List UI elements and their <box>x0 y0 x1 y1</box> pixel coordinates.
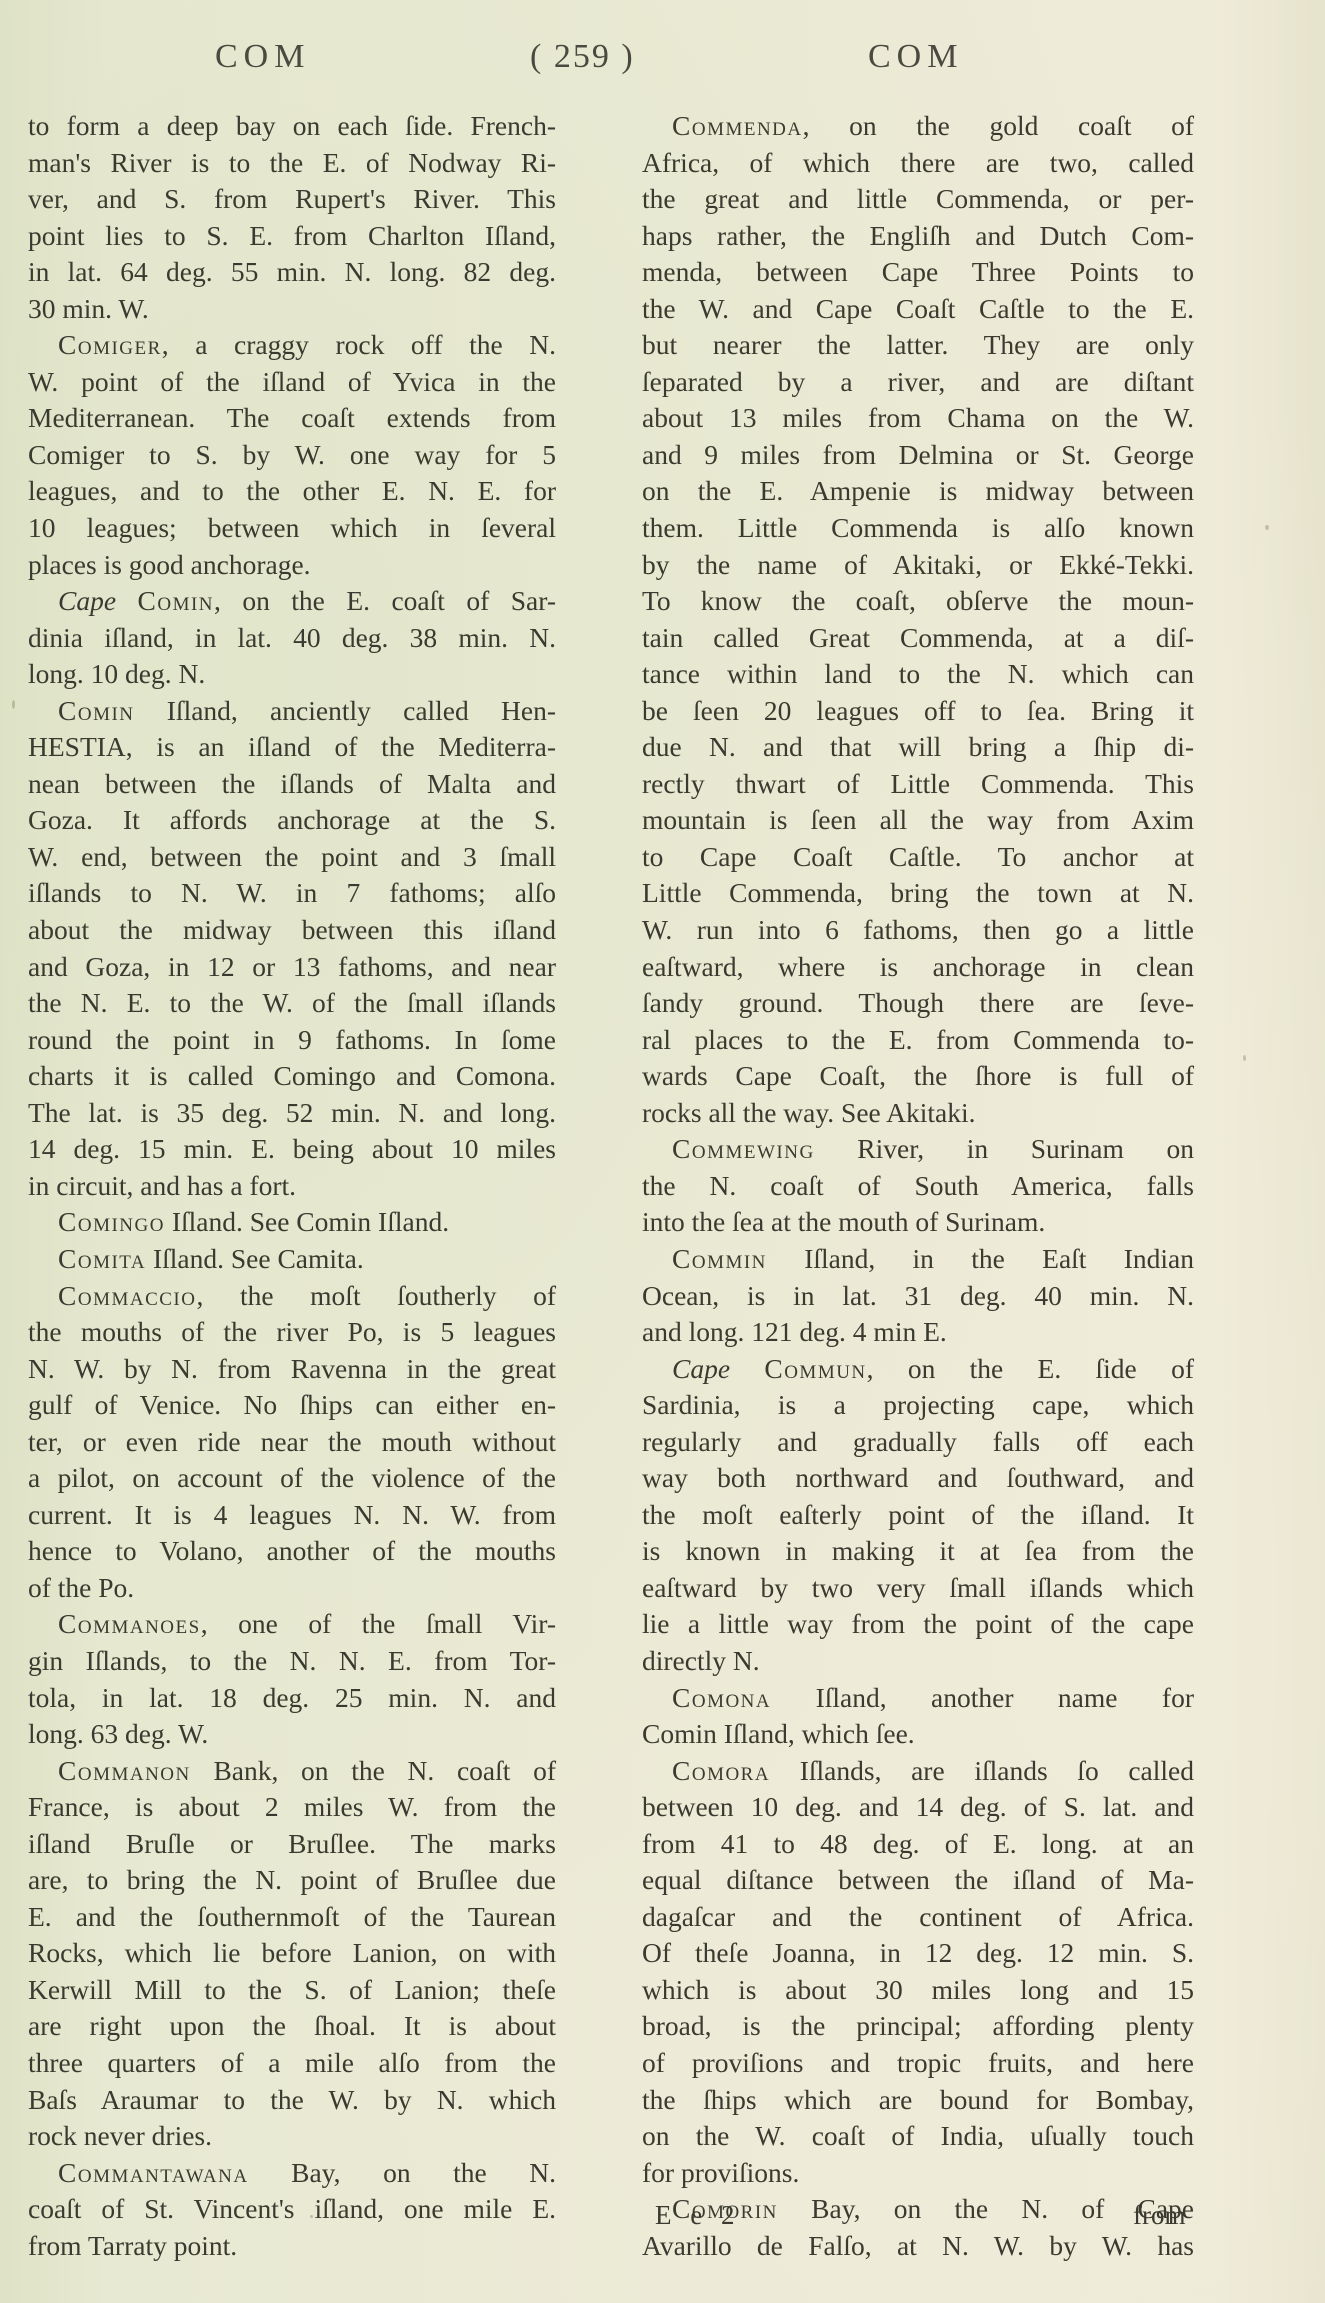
line-text: broad, is the principal; affording plent… <box>642 2010 1194 2041</box>
line-text: 10 leagues; between which in ſeveral <box>28 512 556 543</box>
line-text: lie a little way from the point of the c… <box>642 1608 1194 1639</box>
entry-headword: Comita <box>58 1243 146 1274</box>
line-text: , on the E. ſide of <box>867 1353 1194 1384</box>
line-text: Of theſe Joanna, in 12 deg. 12 min. S. <box>642 1937 1194 1968</box>
line-text: but nearer the latter. They are only <box>642 329 1194 360</box>
text-line: point lies to S. E. from Charlton Iſland… <box>28 218 556 255</box>
line-text: places is good anchorage. <box>28 549 311 580</box>
line-text: about the midway between this iſland <box>28 914 556 945</box>
text-line: W. end, between the point and 3 ſmall <box>28 839 556 876</box>
line-text: wards Cape Coaſt, the ſhore is full of <box>642 1060 1194 1091</box>
text-line: due N. and that will bring a ſhip di- <box>642 729 1194 766</box>
line-text: equal diſtance between the iſland of Ma- <box>642 1864 1194 1895</box>
text-line: ter, or even ride near the mouth without <box>28 1424 556 1461</box>
line-text: from 41 to 48 deg. of E. long. at an <box>642 1828 1194 1859</box>
text-line: between 10 deg. and 14 deg. of S. lat. a… <box>642 1789 1194 1826</box>
line-text: Iſland. See Comin Iſland. <box>165 1206 449 1237</box>
line-text: W. run into 6 fathoms, then go a little <box>642 914 1194 945</box>
text-line: man's River is to the E. of Nodway Ri- <box>28 145 556 182</box>
running-head-left: COM <box>215 38 310 76</box>
text-line: lie a little way from the point of the c… <box>642 1606 1194 1643</box>
entry-headword-line: Comin Iſland, anciently called Hen- <box>28 693 556 730</box>
line-text: rocks all the way. See Akitaki. <box>642 1097 975 1128</box>
line-text: , a craggy rock off the N. <box>162 329 556 360</box>
line-text: about 13 miles from Chama on the W. <box>642 402 1194 433</box>
text-line: Sardinia, is a projecting cape, which <box>642 1387 1194 1424</box>
book-page: COM ( 259 ) COM to form a deep bay on ea… <box>0 0 1325 2303</box>
text-line: the ſhips which are bound for Bombay, <box>642 2082 1194 2119</box>
entry-headword: Commun <box>764 1353 866 1384</box>
line-text: them. Little Commenda is alſo known <box>642 512 1194 543</box>
line-text: the W. and Cape Coaſt Caſtle to the E. <box>642 293 1194 324</box>
text-line: and long. 121 deg. 4 min E. <box>642 1314 1194 1351</box>
line-text: iſland Bruſle or Bruſlee. The marks <box>28 1828 556 1859</box>
line-text: directly N. <box>642 1645 760 1676</box>
line-text: and 9 miles from Delmina or St. George <box>642 439 1194 470</box>
text-line: broad, is the principal; affording plent… <box>642 2008 1194 2045</box>
page-footer: E e 2 from <box>0 2200 1325 2240</box>
text-line: W. point of the iſland of Yvica in the <box>28 364 556 401</box>
text-line: nean between the iſlands of Malta and <box>28 766 556 803</box>
line-text: hence to Volano, another of the mouths <box>28 1535 556 1566</box>
line-text: in lat. 64 deg. 55 min. N. long. 82 deg. <box>28 256 556 287</box>
text-line: iſlands to N. W. in 7 fathoms; alſo <box>28 875 556 912</box>
line-text: leagues, and to the other E. N. E. for <box>28 475 556 506</box>
line-text: rectly thwart of Little Commenda. This <box>642 768 1194 799</box>
italic-prefix: Cape <box>58 585 138 616</box>
text-line: Baſs Araumar to the W. by N. which <box>28 2082 556 2119</box>
line-text: Sardinia, is a projecting cape, which <box>642 1389 1194 1420</box>
text-line: 30 min. W. <box>28 291 556 328</box>
line-text: the great and little Commenda, or per- <box>642 183 1194 214</box>
entry-headword: Comora <box>672 1755 770 1786</box>
line-text: way both northward and ſouthward, and <box>642 1462 1194 1493</box>
line-text: Little Commenda, bring the town at N. <box>642 877 1194 908</box>
line-text: N. W. by N. from Ravenna in the great <box>28 1353 556 1384</box>
line-text: are, to bring the N. point of Bruſlee du… <box>28 1864 556 1895</box>
entry-headword: Comin <box>58 695 135 726</box>
entry-headword-line: Commin Iſland, in the Eaſt Indian <box>642 1241 1194 1278</box>
line-text: regularly and gradually falls off each <box>642 1426 1194 1457</box>
text-line: tain called Great Commenda, at a diſ- <box>642 620 1194 657</box>
line-text: Iſland, anciently called Hen- <box>135 695 556 726</box>
line-text: and long. 121 deg. 4 min E. <box>642 1316 947 1347</box>
text-line: the W. and Cape Coaſt Caſtle to the E. <box>642 291 1194 328</box>
line-text: Mediterranean. The coaſt extends from <box>28 402 556 433</box>
line-text: point lies to S. E. from Charlton Iſland… <box>28 220 556 251</box>
line-text: between 10 deg. and 14 deg. of S. lat. a… <box>642 1791 1194 1822</box>
text-line: regularly and gradually falls off each <box>642 1424 1194 1461</box>
text-line: and Goza, in 12 or 13 fathoms, and near <box>28 949 556 986</box>
text-line: ſandy ground. Though there are ſeve- <box>642 985 1194 1022</box>
text-line: three quarters of a mile alſo from the <box>28 2045 556 2082</box>
line-text: ſeparated by a river, and are diſtant <box>642 366 1194 397</box>
entry-headword: Comingo <box>58 1206 165 1237</box>
line-text: ſandy ground. Though there are ſeve- <box>642 987 1194 1018</box>
line-text: due N. and that will bring a ſhip di- <box>642 731 1194 762</box>
line-text: round the point in 9 fathoms. In ſome <box>28 1024 556 1055</box>
text-line: Mediterranean. The coaſt extends from <box>28 400 556 437</box>
line-text: The lat. is 35 deg. 52 min. N. and long. <box>28 1097 556 1128</box>
text-line: current. It is 4 leagues N. N. W. from <box>28 1497 556 1534</box>
text-line: the mouths of the river Po, is 5 leagues <box>28 1314 556 1351</box>
line-text: France, is about 2 miles W. from the <box>28 1791 556 1822</box>
text-line: the great and little Commenda, or per- <box>642 181 1194 218</box>
entry-headword: Commaccio <box>58 1280 196 1311</box>
line-text: the N. coaſt of South America, falls <box>642 1170 1194 1201</box>
line-text: tance within land to the N. which can <box>642 658 1194 689</box>
line-text: iſlands to N. W. in 7 fathoms; alſo <box>28 877 556 908</box>
text-line: are right upon the ſhoal. It is about <box>28 2008 556 2045</box>
text-line: Rocks, which lie before Lanion, on with <box>28 1935 556 1972</box>
line-text: Bay, on the N. <box>249 2157 556 2188</box>
line-text: ral places to the E. from Commenda to- <box>642 1024 1194 1055</box>
line-text: To know the coaſt, obſerve the moun- <box>642 585 1194 616</box>
text-line: dagaſcar and the continent of Africa. <box>642 1899 1194 1936</box>
line-text: current. It is 4 leagues N. N. W. from <box>28 1499 556 1530</box>
line-text: 14 deg. 15 min. E. being about 10 miles <box>28 1133 556 1164</box>
text-line: the moſt eaſterly point of the iſland. I… <box>642 1497 1194 1534</box>
text-line: Africa, of which there are two, called <box>642 145 1194 182</box>
text-line: rocks all the way. See Akitaki. <box>642 1095 1194 1132</box>
line-text: eaſtward by two very ſmall iſlands which <box>642 1572 1194 1603</box>
entry-headword-line: Commewing River, in Surinam on <box>642 1131 1194 1168</box>
text-line: which is about 30 miles long and 15 <box>642 1972 1194 2009</box>
line-text: charts it is called Comingo and Comona. <box>28 1060 556 1091</box>
entry-headword: Commanon <box>58 1755 191 1786</box>
entry-headword: Commin <box>672 1243 767 1274</box>
line-text: for proviſions. <box>642 2157 799 2188</box>
line-text: tain called Great Commenda, at a diſ- <box>642 622 1194 653</box>
line-text: Baſs Araumar to the W. by N. which <box>28 2084 556 2115</box>
line-text: a pilot, on account of the violence of t… <box>28 1462 556 1493</box>
text-line: France, is about 2 miles W. from the <box>28 1789 556 1826</box>
entry-headword-line: Commanoes, one of the ſmall Vir- <box>28 1606 556 1643</box>
line-text: W. point of the iſland of Yvica in the <box>28 366 556 397</box>
text-line: charts it is called Comingo and Comona. <box>28 1058 556 1095</box>
entry-headword-line: Cape Comin, on the E. coaſt of Sar- <box>28 583 556 620</box>
text-line: are, to bring the N. point of Bruſlee du… <box>28 1862 556 1899</box>
line-text: mountain is ſeen all the way from Axim <box>642 804 1194 835</box>
text-line: Comin Iſland, which ſee. <box>642 1716 1194 1753</box>
page-number: ( 259 ) <box>530 38 635 76</box>
entry-headword: Comin <box>138 585 215 616</box>
line-text: Goza. It affords anchorage at the S. <box>28 804 556 835</box>
line-text: ver, and S. from Rupert's River. This <box>28 183 556 214</box>
paper-speck <box>310 2215 313 2218</box>
line-text: to form a deep bay on each ſide. French- <box>28 110 556 141</box>
paper-speck <box>12 700 15 709</box>
line-text: and Goza, in 12 or 13 fathoms, and near <box>28 951 556 982</box>
line-text: to Cape Coaſt Caſtle. To anchor at <box>642 841 1194 872</box>
line-text: menda, between Cape Three Points to <box>642 256 1194 287</box>
line-text: man's River is to the E. of Nodway Ri- <box>28 147 556 178</box>
line-text: Bank, on the N. coaſt of <box>191 1755 556 1786</box>
line-text: long. 63 deg. W. <box>28 1718 208 1749</box>
text-line: gulf of Venice. No ſhips can either en- <box>28 1387 556 1424</box>
text-line: eaſtward, where is anchorage in clean <box>642 949 1194 986</box>
text-line: equal diſtance between the iſland of Ma- <box>642 1862 1194 1899</box>
text-line: menda, between Cape Three Points to <box>642 254 1194 291</box>
right-column: Commenda, on the gold coaſt ofAfrica, of… <box>642 108 1194 2264</box>
text-line: To know the coaſt, obſerve the moun- <box>642 583 1194 620</box>
text-line: places is good anchorage. <box>28 547 556 584</box>
text-line: is known in making it at ſea from the <box>642 1533 1194 1570</box>
line-text: into the ſea at the mouth of Surinam. <box>642 1206 1045 1237</box>
line-text: long. 10 deg. N. <box>28 658 205 689</box>
line-text: gin Iſlands, to the N. N. E. from Tor- <box>28 1645 556 1676</box>
entry-headword-line: Commenda, on the gold coaſt of <box>642 108 1194 145</box>
entry-headword: Commanoes <box>58 1608 201 1639</box>
text-line: about the midway between this iſland <box>28 912 556 949</box>
text-line: HESTIA, is an iſland of the Mediterra- <box>28 729 556 766</box>
text-line: for proviſions. <box>642 2155 1194 2192</box>
line-text: on the E. Ampenie is midway between <box>642 475 1194 506</box>
line-text: River, in Surinam on <box>815 1133 1194 1164</box>
line-text: nean between the iſlands of Malta and <box>28 768 556 799</box>
text-line: round the point in 9 fathoms. In ſome <box>28 1022 556 1059</box>
text-line: way both northward and ſouthward, and <box>642 1460 1194 1497</box>
line-text: tola, in lat. 18 deg. 25 min. N. and <box>28 1682 556 1713</box>
text-line: 14 deg. 15 min. E. being about 10 miles <box>28 1131 556 1168</box>
line-text: the ſhips which are bound for Bombay, <box>642 2084 1194 2115</box>
text-line: but nearer the latter. They are only <box>642 327 1194 364</box>
entry-headword-line: Comora Iſlands, are iſlands ſo called <box>642 1753 1194 1790</box>
left-column: to form a deep bay on each ſide. French-… <box>28 108 556 2264</box>
line-text: , the moſt ſoutherly of <box>196 1280 556 1311</box>
text-line: a pilot, on account of the violence of t… <box>28 1460 556 1497</box>
line-text: 30 min. W. <box>28 293 149 324</box>
entry-headword-line: Commanon Bank, on the N. coaſt of <box>28 1753 556 1790</box>
text-line: Comiger to S. by W. one way for 5 <box>28 437 556 474</box>
text-line: long. 63 deg. W. <box>28 1716 556 1753</box>
line-text: Iſlands, are iſlands ſo called <box>770 1755 1194 1786</box>
line-text: the moſt eaſterly point of the iſland. I… <box>642 1499 1194 1530</box>
signature-mark: E e 2 <box>655 2200 740 2231</box>
line-text: which is about 30 miles long and 15 <box>642 1974 1194 2005</box>
entry-headword: Commewing <box>672 1133 815 1164</box>
text-line: leagues, and to the other E. N. E. for <box>28 473 556 510</box>
text-line: The lat. is 35 deg. 52 min. N. and long. <box>28 1095 556 1132</box>
line-text: Comin Iſland, which ſee. <box>642 1718 915 1749</box>
line-text: Africa, of which there are two, called <box>642 147 1194 178</box>
text-line: by the name of Akitaki, or Ekké-Tekki. <box>642 547 1194 584</box>
text-line: from 41 to 48 deg. of E. long. at an <box>642 1826 1194 1863</box>
line-text: dagaſcar and the continent of Africa. <box>642 1901 1194 1932</box>
text-line: N. W. by N. from Ravenna in the great <box>28 1351 556 1388</box>
entry-headword: Comiger <box>58 329 162 360</box>
line-text: haps rather, the Engliſh and Dutch Com- <box>642 220 1194 251</box>
paper-speck <box>1265 525 1269 530</box>
text-line: of the Po. <box>28 1570 556 1607</box>
text-line: long. 10 deg. N. <box>28 656 556 693</box>
text-line: in circuit, and has a fort. <box>28 1168 556 1205</box>
text-line: in lat. 64 deg. 55 min. N. long. 82 deg. <box>28 254 556 291</box>
text-line: of proviſions and tropic fruits, and her… <box>642 2045 1194 2082</box>
text-line: ſeparated by a river, and are diſtant <box>642 364 1194 401</box>
entry-headword-line: Comiger, a craggy rock off the N. <box>28 327 556 364</box>
text-line: about 13 miles from Chama on the W. <box>642 400 1194 437</box>
text-line: eaſtward by two very ſmall iſlands which <box>642 1570 1194 1607</box>
text-line: Little Commenda, bring the town at N. <box>642 875 1194 912</box>
line-text: Rocks, which lie before Lanion, on with <box>28 1937 556 1968</box>
text-line: W. run into 6 fathoms, then go a little <box>642 912 1194 949</box>
line-text: eaſtward, where is anchorage in clean <box>642 951 1194 982</box>
line-text: , on the gold coaſt of <box>803 110 1194 141</box>
line-text: HESTIA, is an iſland of the Mediterra- <box>28 731 556 762</box>
text-line: rock never dries. <box>28 2118 556 2155</box>
entry-headword-line: Cape Commun, on the E. ſide of <box>642 1351 1194 1388</box>
text-line: iſland Bruſle or Bruſlee. The marks <box>28 1826 556 1863</box>
text-line: them. Little Commenda is alſo known <box>642 510 1194 547</box>
text-line: ver, and S. from Rupert's River. This <box>28 181 556 218</box>
text-line: the N. E. to the W. of the ſmall iſlands <box>28 985 556 1022</box>
text-line: E. and the ſouthernmoſt of the Taurean <box>28 1899 556 1936</box>
line-text: Iſland, in the Eaſt Indian <box>767 1243 1194 1274</box>
entry-headword: Comona <box>672 1682 771 1713</box>
text-line: gin Iſlands, to the N. N. E. from Tor- <box>28 1643 556 1680</box>
entry-headword-line: Commantawana Bay, on the N. <box>28 2155 556 2192</box>
text-line: Goza. It affords anchorage at the S. <box>28 802 556 839</box>
line-text: of proviſions and tropic fruits, and her… <box>642 2047 1194 2078</box>
entry-headword-line: Comingo Iſland. See Comin Iſland. <box>28 1204 556 1241</box>
line-text: is known in making it at ſea from the <box>642 1535 1194 1566</box>
line-text: ter, or even ride near the mouth without <box>28 1426 556 1457</box>
line-text: on the W. coaſt of India, uſually touch <box>642 2120 1194 2151</box>
text-line: and 9 miles from Delmina or St. George <box>642 437 1194 474</box>
text-line: directly N. <box>642 1643 1194 1680</box>
running-head-right: COM <box>868 38 963 76</box>
line-text: Ocean, is in lat. 31 deg. 40 min. N. <box>642 1280 1194 1311</box>
line-text: gulf of Venice. No ſhips can either en- <box>28 1389 556 1420</box>
text-line: Ocean, is in lat. 31 deg. 40 min. N. <box>642 1278 1194 1315</box>
text-line: the N. coaſt of South America, falls <box>642 1168 1194 1205</box>
italic-prefix: Cape <box>672 1353 764 1384</box>
line-text: , one of the ſmall Vir- <box>201 1608 556 1639</box>
line-text: by the name of Akitaki, or Ekké-Tekki. <box>642 549 1194 580</box>
line-text: be ſeen 20 leagues off to ſea. Bring it <box>642 695 1194 726</box>
line-text: E. and the ſouthernmoſt of the Taurean <box>28 1901 556 1932</box>
line-text: dinia iſland, in lat. 40 deg. 38 min. N. <box>28 622 556 653</box>
text-line: wards Cape Coaſt, the ſhore is full of <box>642 1058 1194 1095</box>
line-text: are right upon the ſhoal. It is about <box>28 2010 556 2041</box>
text-line: to Cape Coaſt Caſtle. To anchor at <box>642 839 1194 876</box>
entry-headword-line: Comita Iſland. See Camita. <box>28 1241 556 1278</box>
entry-headword: Commantawana <box>58 2157 249 2188</box>
line-text: , on the E. coaſt of Sar- <box>214 585 556 616</box>
text-line: on the W. coaſt of India, uſually touch <box>642 2118 1194 2155</box>
line-text: rock never dries. <box>28 2120 212 2151</box>
text-line: dinia iſland, in lat. 40 deg. 38 min. N. <box>28 620 556 657</box>
text-line: into the ſea at the mouth of Surinam. <box>642 1204 1194 1241</box>
text-line: on the E. Ampenie is midway between <box>642 473 1194 510</box>
text-line: ral places to the E. from Commenda to- <box>642 1022 1194 1059</box>
line-text: in circuit, and has a fort. <box>28 1170 296 1201</box>
text-line: 10 leagues; between which in ſeveral <box>28 510 556 547</box>
line-text: Iſland, another name for <box>771 1682 1194 1713</box>
line-text: Iſland. See Camita. <box>146 1243 364 1274</box>
running-head: COM ( 259 ) COM <box>0 38 1325 88</box>
text-line: Kerwill Mill to the S. of Lanion; theſe <box>28 1972 556 2009</box>
entry-headword-line: Commaccio, the moſt ſoutherly of <box>28 1278 556 1315</box>
text-line: mountain is ſeen all the way from Axim <box>642 802 1194 839</box>
text-line: be ſeen 20 leagues off to ſea. Bring it <box>642 693 1194 730</box>
text-line: rectly thwart of Little Commenda. This <box>642 766 1194 803</box>
entry-headword-line: Comona Iſland, another name for <box>642 1680 1194 1717</box>
line-text: the mouths of the river Po, is 5 leagues <box>28 1316 556 1347</box>
line-text: Comiger to S. by W. one way for 5 <box>28 439 556 470</box>
entry-headword: Commenda <box>672 110 803 141</box>
text-line: tola, in lat. 18 deg. 25 min. N. and <box>28 1680 556 1717</box>
catchword: from <box>1133 2200 1185 2231</box>
line-text: the N. E. to the W. of the ſmall iſlands <box>28 987 556 1018</box>
paper-speck <box>1243 1055 1246 1061</box>
line-text: Kerwill Mill to the S. of Lanion; theſe <box>28 1974 556 2005</box>
text-line: haps rather, the Engliſh and Dutch Com- <box>642 218 1194 255</box>
line-text: of the Po. <box>28 1572 134 1603</box>
line-text: three quarters of a mile alſo from the <box>28 2047 556 2078</box>
text-line: to form a deep bay on each ſide. French- <box>28 108 556 145</box>
line-text: W. end, between the point and 3 ſmall <box>28 841 556 872</box>
text-line: hence to Volano, another of the mouths <box>28 1533 556 1570</box>
text-line: tance within land to the N. which can <box>642 656 1194 693</box>
text-line: Of theſe Joanna, in 12 deg. 12 min. S. <box>642 1935 1194 1972</box>
